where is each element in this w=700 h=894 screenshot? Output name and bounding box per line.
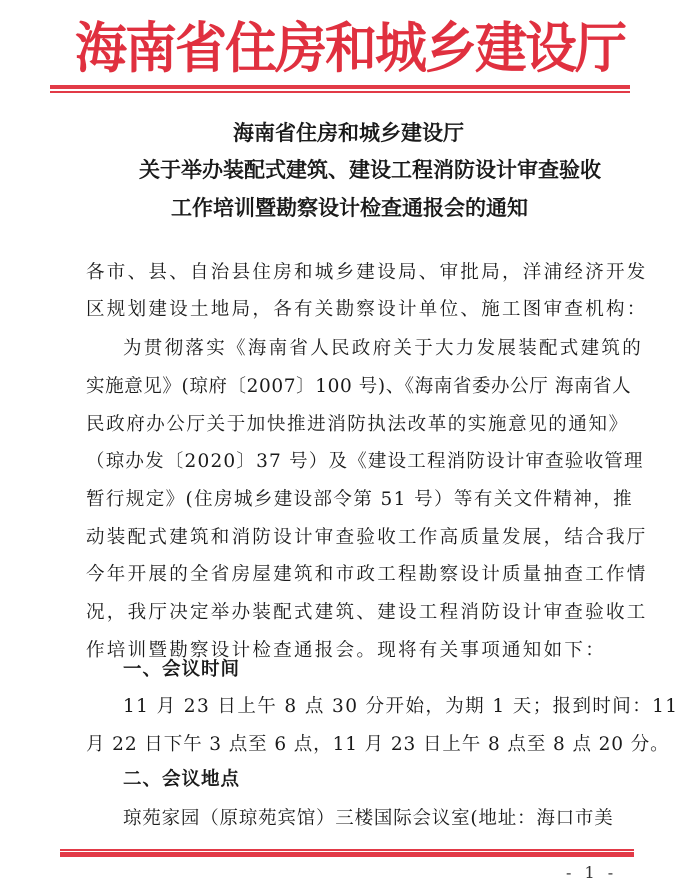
- footer-rule-thick: [60, 852, 634, 857]
- section-line: 琼苑家园（原琼苑宾馆）三楼国际会议室(地址：海口市美: [123, 804, 614, 830]
- masthead-title: 海南省住房和城乡建设厅: [0, 12, 700, 86]
- paragraph-line: 暂行规定》(住房城乡建设部令第 51 号）等有关文件精神，推: [86, 485, 633, 511]
- section-line: 11 月 23 日上午 8 点 30 分开始，为期 1 天；报到时间：11: [123, 692, 678, 718]
- footer-rule-thin: [60, 849, 634, 851]
- section-heading: 二、会议地点: [123, 765, 240, 791]
- paragraph-line: 实施意见》(琼府〔2007〕100 号)、《海南省委办公厅 海南省人: [86, 372, 631, 398]
- paragraph-line: 民政府办公厅关于加快推进消防执法改革的实施意见的通知》: [86, 410, 629, 436]
- paragraph-line: 动装配式建筑和消防设计审查验收工作高质量发展，结合我厅: [86, 523, 648, 549]
- header-rule-thin: [50, 91, 630, 93]
- notice-title-issuer: 海南省住房和城乡建设厅: [233, 117, 464, 147]
- page-number: - 1 -: [566, 863, 617, 882]
- notice-title-line-2: 关于举办装配式建筑、建设工程消防设计审查验收: [139, 154, 601, 184]
- header-rule-thick: [50, 85, 630, 89]
- notice-title-line-3: 工作培训暨勘察设计检查通报会的通知: [171, 192, 528, 222]
- paragraph-line: 为贯彻落实《海南省人民政府关于大力发展装配式建筑的: [123, 334, 643, 360]
- addressee-line: 各市、县、自治县住房和城乡建设局、审批局，洋浦经济开发: [86, 258, 648, 284]
- section-heading: 一、会议时间: [123, 655, 240, 681]
- paragraph-line: （琼办发〔2020〕37 号）及《建设工程消防设计审查验收管理: [86, 447, 644, 473]
- addressee-line: 区规划建设土地局，各有关勘察设计单位、施工图审查机构：: [86, 295, 648, 321]
- paragraph-line: 今年开展的全省房屋建筑和市政工程勘察设计质量抽查工作情: [86, 560, 648, 586]
- paragraph-line: 况，我厅决定举办装配式建筑、建设工程消防设计审查验收工: [86, 598, 648, 624]
- section-line: 月 22 日下午 3 点至 6 点，11 月 23 日上午 8 点至 8 点 2…: [86, 730, 670, 756]
